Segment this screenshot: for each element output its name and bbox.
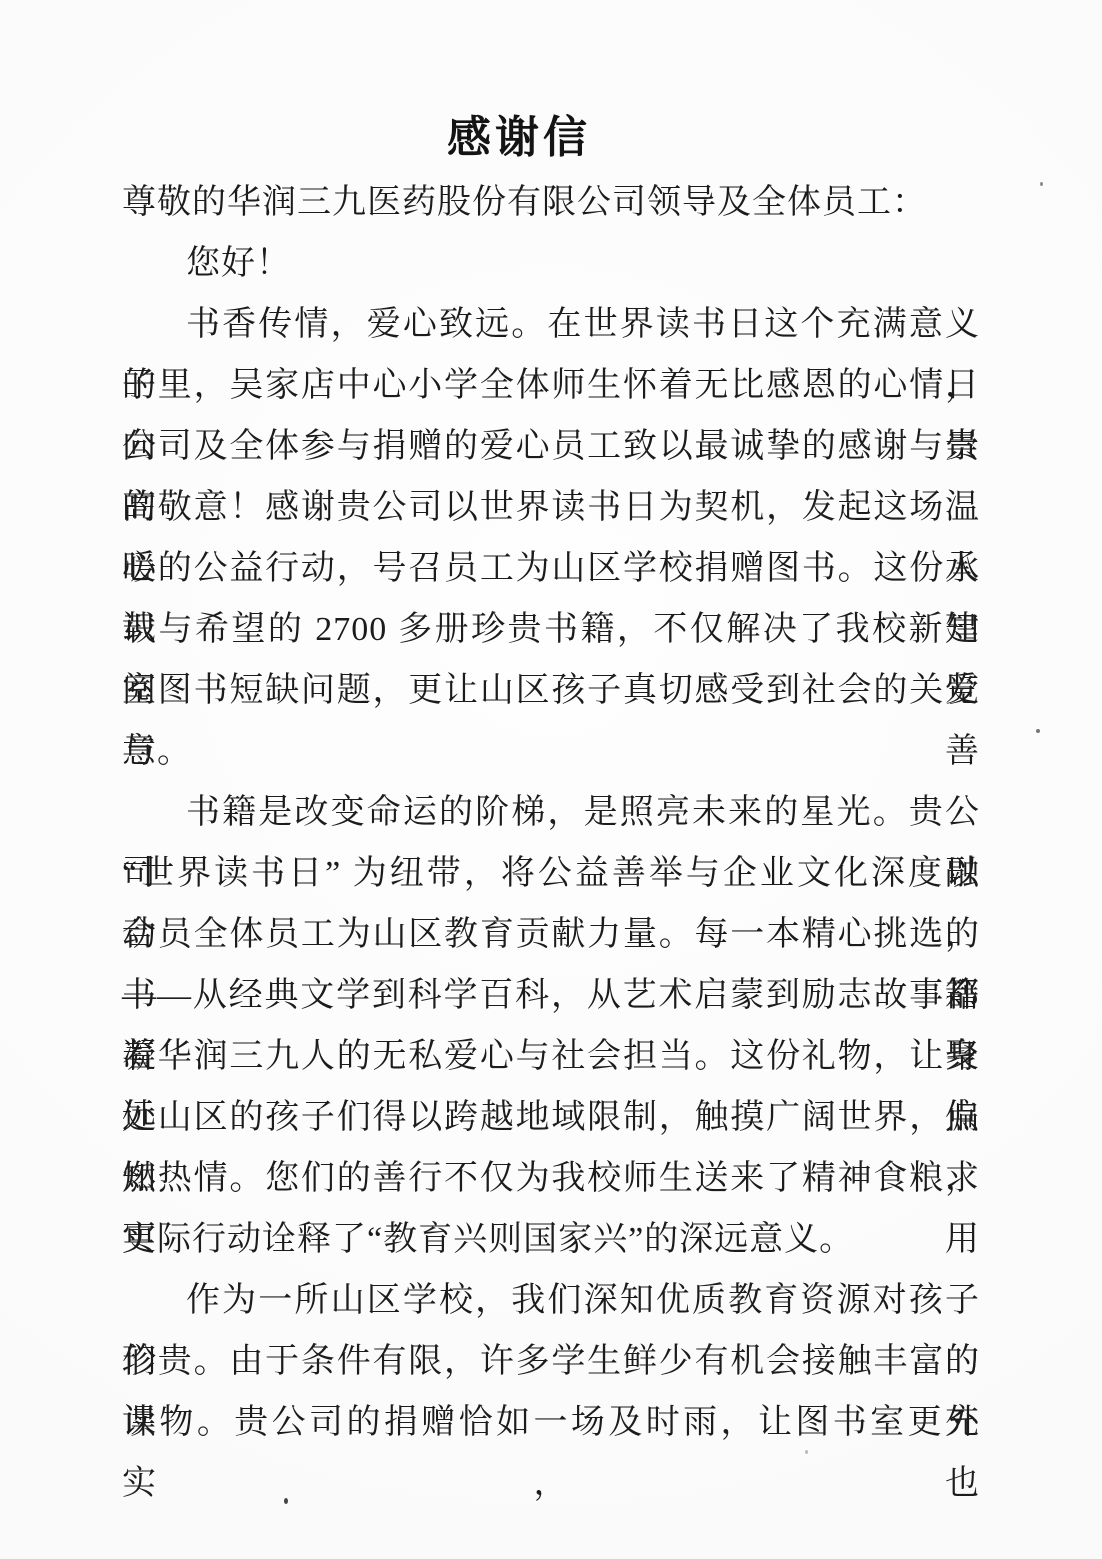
letter-body: 尊敬的华润三九医药股份有限公司领导及全体员工：您好！书香传情，爱心致远。在世界读… xyxy=(122,172,980,1453)
letter-line: 室图书短缺问题，更让山区孩子真切感受到社会的关爱与善 xyxy=(122,660,980,721)
letter-line: 动员全体员工为山区教育贡献力量。每一本精心挑选的书籍 xyxy=(122,904,980,965)
scan-speck xyxy=(1036,729,1040,733)
page-title: 感谢信 xyxy=(0,101,1038,165)
letter-line: ——从经典文学到科学百科，从艺术启蒙到励志故事都凝聚 xyxy=(122,965,980,1026)
letter-line: 心的公益行动，号召员工为山区学校捐赠图书。这份承载知 xyxy=(122,538,980,599)
letter-line: 识与希望的 2700 多册珍贵书籍，不仅解决了我校新建阅览 xyxy=(122,599,980,660)
letter-line: 远山区的孩子们得以跨越地域限制，触摸广阔世界，点燃求 xyxy=(122,1087,980,1148)
letter-line: 读物。贵公司的捐赠恰如一场及时雨，让图书室更充实，也 xyxy=(122,1392,980,1453)
letter-line: 书香传情，爱心致远。在世界读书日这个充满意义的日 xyxy=(122,294,980,355)
scan-speck xyxy=(284,1498,288,1504)
letter-line: 您好！ xyxy=(122,233,980,294)
scan-speck xyxy=(805,1450,808,1454)
scanned-letter-page: 感谢信 尊敬的华润三九医药股份有限公司领导及全体员工：您好！书香传情，爱心致远。… xyxy=(0,0,1102,1559)
letter-line: 公司及全体参与捐赠的爱心员工致以最诚挚的感谢与崇高 xyxy=(122,416,980,477)
letter-line: 子里，吴家店中心小学全体师生怀着无比感恩的心情，向贵 xyxy=(122,355,980,416)
letter-line: 珍贵。由于条件有限，许多学生鲜少有机会接触丰富的课外 xyxy=(122,1331,980,1392)
letter-line: 知热情。您们的善行不仅为我校师生送来了精神食粮，更用 xyxy=(122,1148,980,1209)
letter-line: 作为一所山区学校，我们深知优质教育资源对孩子们的 xyxy=(122,1270,980,1331)
letter-line: “世界读书日” 为纽带，将公益善举与企业文化深度融合， xyxy=(122,843,980,904)
letter-line: 着华润三九人的无私爱心与社会担当。这份礼物，让身处偏 xyxy=(122,1026,980,1087)
letter-line: 尊敬的华润三九医药股份有限公司领导及全体员工： xyxy=(122,172,980,233)
letter-line: 的敬意！感谢贵公司以世界读书日为契机，发起这场温暖人 xyxy=(122,477,980,538)
letter-line: 实际行动诠释了“教育兴则国家兴”的深远意义。 xyxy=(122,1209,980,1270)
letter-line: 书籍是改变命运的阶梯，是照亮未来的星光。贵公司以 xyxy=(122,782,980,843)
scan-speck xyxy=(1040,182,1043,186)
